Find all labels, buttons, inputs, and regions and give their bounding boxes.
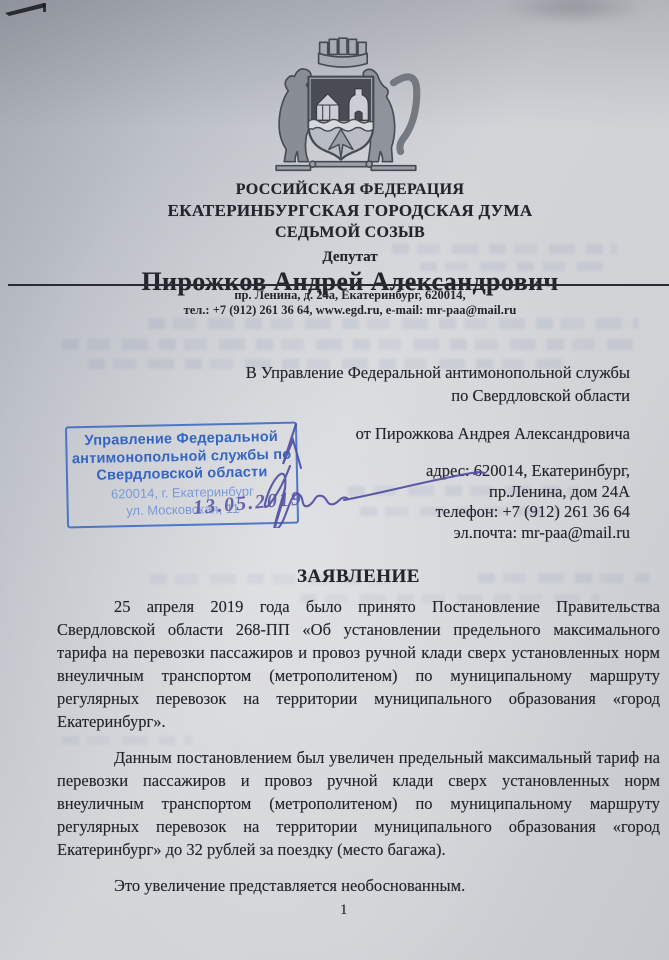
letterhead-contacts: пр. Ленина, д. 24а, Екатеринбург, 620014… bbox=[25, 288, 669, 318]
letterhead-organization: ЕКАТЕРИНБУРГСКАЯ ГОРОДСКАЯ ДУМА bbox=[25, 200, 669, 221]
yekaterinburg-coat-of-arms bbox=[264, 36, 438, 172]
scanned-document-page: РОССИЙСКАЯ ФЕДЕРАЦИЯ ЕКАТЕРИНБУРГСКАЯ ГО… bbox=[0, 0, 669, 960]
document-title: ЗАЯВЛЕНИЕ bbox=[57, 566, 660, 588]
sable-tail bbox=[393, 77, 416, 152]
letterhead-position: Депутат bbox=[25, 248, 669, 266]
letterhead: РОССИЙСКАЯ ФЕДЕРАЦИЯ ЕКАТЕРИНБУРГСКАЯ ГО… bbox=[25, 180, 669, 296]
letterhead-convocation: СЕДЬМОЙ СОЗЫВ bbox=[25, 223, 669, 243]
recipient-block: В Управление Федеральной антимонопольной… bbox=[246, 362, 630, 407]
bleed-through-text bbox=[148, 318, 638, 329]
photo-corner-artifact bbox=[4, 1, 54, 17]
recipient-line: В Управление Федеральной антимонопольной… bbox=[246, 362, 630, 385]
letterhead-divider bbox=[8, 284, 669, 286]
document-body: 25 апреля 2019 года было принято Постано… bbox=[57, 595, 660, 910]
page-number: 1 bbox=[340, 902, 348, 919]
letterhead-country: РОССИЙСКАЯ ФЕДЕРАЦИЯ bbox=[25, 180, 669, 200]
photo-shadow bbox=[498, 0, 648, 22]
recipient-line: по Свердловской области bbox=[246, 385, 630, 408]
body-paragraph: Данным постановлением был увеличен преде… bbox=[57, 746, 660, 861]
letterhead-contacts-line: тел.: +7 (912) 261 36 64, www.egd.ru, e-… bbox=[25, 303, 669, 318]
body-paragraph: 25 апреля 2019 года было принято Постано… bbox=[57, 595, 660, 733]
letterhead-address-line: пр. Ленина, д. 24а, Екатеринбург, 620014… bbox=[25, 288, 669, 303]
body-paragraph: Это увеличение представляется необоснова… bbox=[57, 874, 660, 897]
bleed-through-text bbox=[62, 339, 637, 350]
